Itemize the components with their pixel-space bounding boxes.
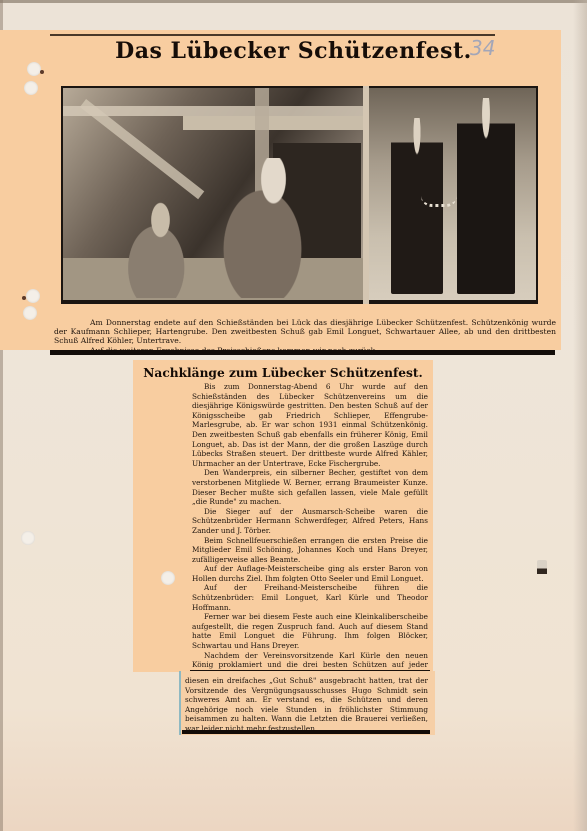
punch-hole bbox=[21, 531, 35, 545]
caption-rule bbox=[50, 350, 555, 355]
page-right-shadow bbox=[573, 0, 587, 831]
article-headline: Nachklänge zum Lübecker Schützenfest. bbox=[133, 366, 433, 380]
punch-hole bbox=[24, 81, 38, 95]
handwritten-page-number: 34 bbox=[470, 36, 495, 60]
photo-shooting-hall bbox=[63, 88, 363, 300]
punch-hole bbox=[26, 289, 40, 303]
punch-hole-shadow bbox=[22, 296, 26, 300]
article-end-rule bbox=[182, 730, 430, 734]
punch-hole bbox=[161, 571, 175, 585]
punch-hole bbox=[27, 62, 41, 76]
clipping-headline: Das Lübecker Schützenfest. bbox=[0, 38, 587, 64]
punch-hole bbox=[23, 306, 37, 320]
man-figure bbox=[391, 118, 443, 294]
seated-man-figure bbox=[118, 198, 203, 298]
photo-two-men bbox=[369, 88, 536, 300]
shooter-figure bbox=[213, 158, 323, 298]
page-top-edge bbox=[0, 0, 587, 3]
news-photo bbox=[61, 86, 538, 304]
man-figure bbox=[457, 98, 515, 294]
punch-hole-shadow bbox=[40, 70, 44, 74]
top-rule bbox=[50, 34, 495, 36]
chain-of-office bbox=[421, 196, 457, 207]
article-body: Bis zum Donnerstag-Abend 6 Uhr wurde auf… bbox=[192, 382, 428, 689]
paper-scrap bbox=[537, 560, 547, 574]
article-continuation: diesen ein dreifaches „Gut Schuß" ausgeb… bbox=[185, 676, 428, 734]
